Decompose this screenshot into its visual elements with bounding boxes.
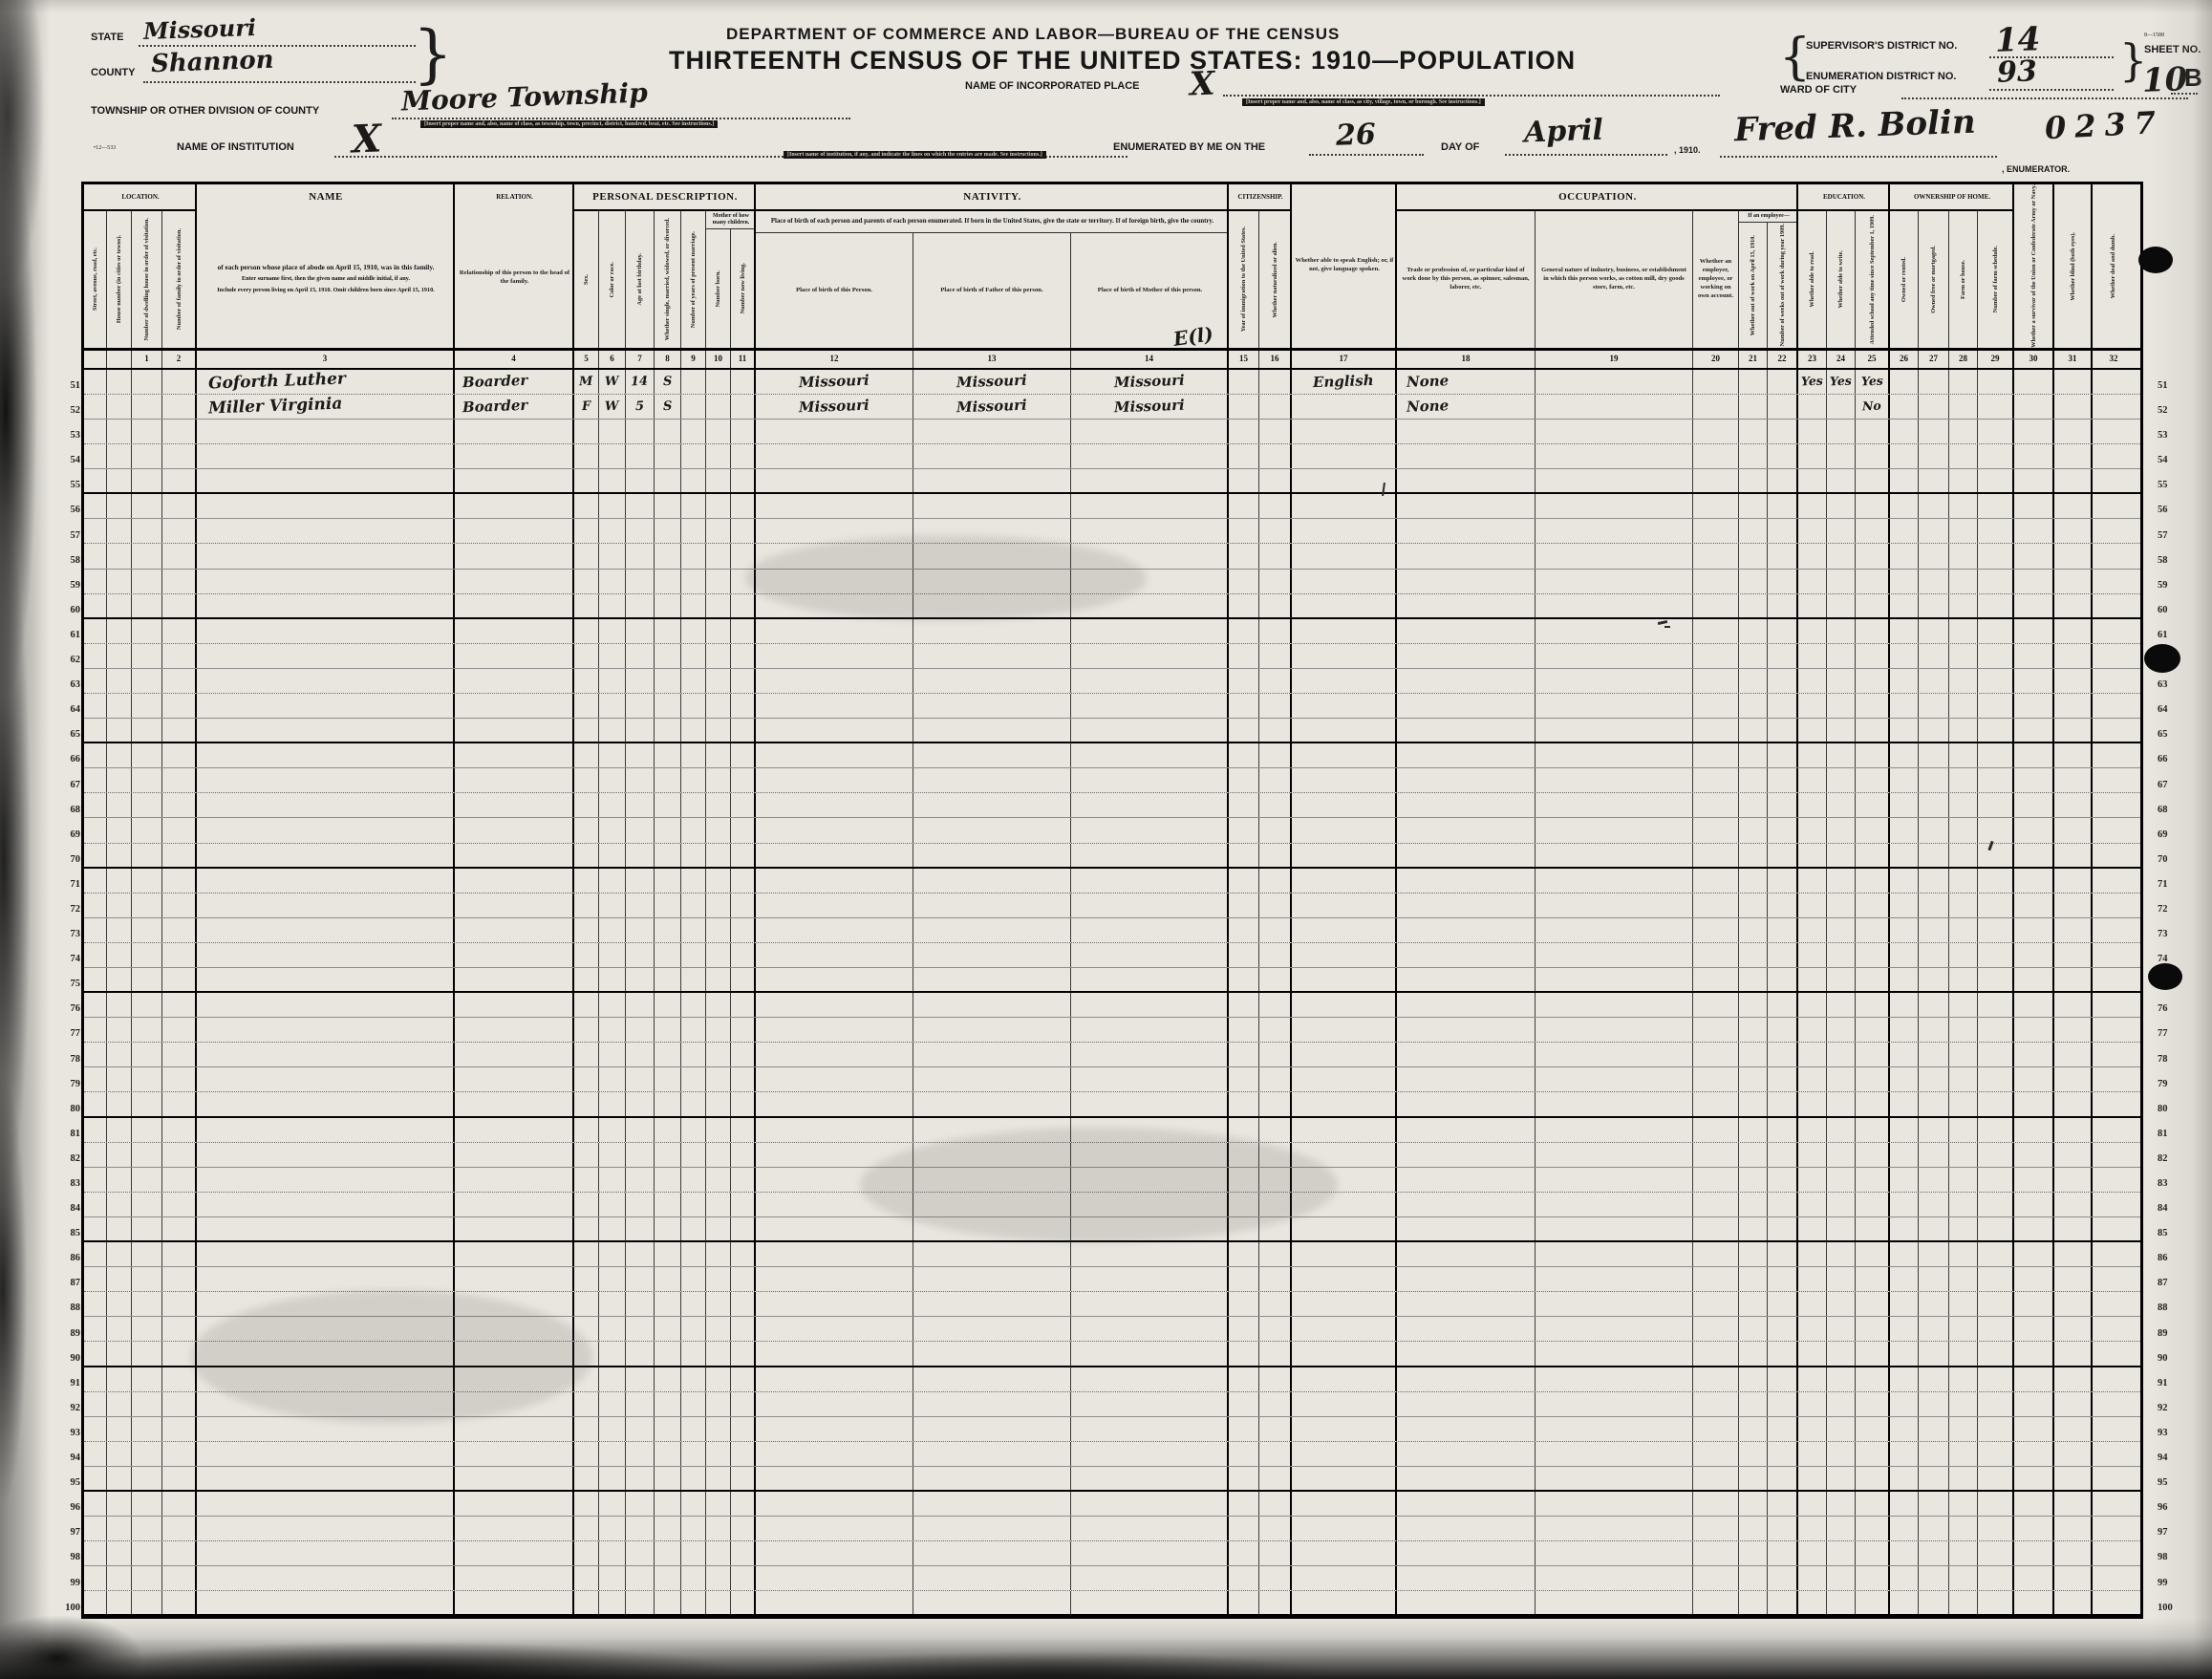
cell-deaf <box>2093 1317 2135 1341</box>
cell-english <box>1292 1492 1397 1516</box>
incorporated-x-mark: X <box>1190 65 1214 103</box>
cell-industry <box>1536 869 1693 893</box>
cell-name <box>197 444 455 468</box>
cell-relation <box>455 1442 574 1466</box>
cell-natur <box>1259 1417 1292 1441</box>
cell-employer <box>1693 793 1739 817</box>
column-subgroup: Mother of how many children.Number born.… <box>706 211 756 348</box>
cell-marital: S <box>655 395 681 419</box>
cell-bpm <box>1071 1367 1229 1391</box>
cell-owned <box>1890 1092 1919 1115</box>
cell-color <box>599 619 626 643</box>
cell-color <box>599 444 626 468</box>
state-label: STATE <box>91 32 123 43</box>
cell-name <box>197 1591 455 1614</box>
cell-marital <box>655 494 681 518</box>
cell-family <box>162 793 197 817</box>
column-label-schedule: Number of farm schedule. <box>1992 246 1999 312</box>
cell-blind <box>2054 494 2093 518</box>
cell-name <box>197 469 455 492</box>
row-number-left: 79 <box>46 1072 80 1097</box>
cell-vet <box>2014 1242 2054 1266</box>
row-number-left: 61 <box>46 623 80 648</box>
cell-immig <box>1229 893 1259 917</box>
column-number-age: 7 <box>626 351 655 368</box>
cell-mortgage <box>1919 1591 1949 1614</box>
cell-deaf <box>2093 793 2135 817</box>
cell-weeks <box>1768 669 1798 693</box>
cell-bpf <box>913 469 1071 492</box>
cell-yrsmar <box>681 1067 706 1091</box>
cell-weeks <box>1768 719 1798 742</box>
cell-schedule <box>1978 1417 2014 1441</box>
cell-trade <box>1397 768 1536 792</box>
cell-color <box>599 993 626 1017</box>
cell-dwelling <box>132 1566 162 1590</box>
column-label-industry: General nature of industry, business, or… <box>1536 265 1692 294</box>
row-number-right: 55 <box>2158 473 2192 498</box>
cell-vet <box>2014 570 2054 593</box>
cell-owned <box>1890 1417 1919 1441</box>
cell-outwork <box>1739 544 1768 568</box>
cell-industry <box>1536 1242 1693 1266</box>
cell-house <box>107 943 132 967</box>
cell-family <box>162 1442 197 1466</box>
cell-born <box>706 519 731 543</box>
cell-bp <box>756 869 913 893</box>
cell-employer <box>1693 1267 1739 1291</box>
cell-living <box>731 1591 756 1614</box>
cell-street <box>84 719 107 742</box>
cell-english <box>1292 1342 1397 1365</box>
cell-vet <box>2014 1467 2054 1490</box>
cell-weeks <box>1768 544 1798 568</box>
cell-family <box>162 370 197 394</box>
cell-school <box>1856 743 1890 767</box>
cell-schedule <box>1978 469 2014 492</box>
cell-industry <box>1536 619 1693 643</box>
cell-dwelling <box>132 1417 162 1441</box>
cell-family <box>162 844 197 867</box>
cell-mortgage <box>1919 1342 1949 1365</box>
cell-born <box>706 818 731 842</box>
cell-english <box>1292 444 1397 468</box>
column-header-yrsmar: Number of years of present marriage. <box>681 211 706 348</box>
cell-employer <box>1693 1143 1739 1167</box>
cell-owned <box>1890 1242 1919 1266</box>
cell-street <box>84 420 107 443</box>
cell-weeks <box>1768 1367 1798 1391</box>
cell-marital <box>655 1566 681 1590</box>
column-label-trade: Trade or profession of, or particular ki… <box>1397 265 1535 294</box>
cell-born <box>706 669 731 693</box>
cell-dwelling <box>132 1317 162 1341</box>
cell-write <box>1827 743 1856 767</box>
cell-employer <box>1693 694 1739 718</box>
cell-farmhouse <box>1949 1292 1978 1316</box>
cell-name <box>197 644 455 668</box>
cell-family <box>162 1417 197 1441</box>
cell-marital <box>655 1267 681 1291</box>
cell-schedule <box>1978 644 2014 668</box>
cell-mortgage <box>1919 993 1949 1017</box>
cell-trade <box>1397 1591 1536 1614</box>
cell-industry <box>1536 370 1693 394</box>
cell-mortgage <box>1919 544 1949 568</box>
cell-outwork <box>1739 370 1768 394</box>
cell-name <box>197 1267 455 1291</box>
row-number-right: 57 <box>2158 524 2192 549</box>
township-label: TOWNSHIP OR OTHER DIVISION OF COUNTY <box>91 105 319 117</box>
form-number-right: 8—1588 <box>2144 32 2164 38</box>
cell-living <box>731 1292 756 1316</box>
cell-vet <box>2014 1267 2054 1291</box>
cell-age <box>626 1168 655 1192</box>
cell-write <box>1827 1367 1856 1391</box>
column-header-owned: Owned or rented. <box>1890 211 1919 348</box>
cell-bpf <box>913 1043 1071 1066</box>
cell-yrsmar <box>681 869 706 893</box>
cell-outwork <box>1739 993 1768 1017</box>
cell-weeks <box>1768 1417 1798 1441</box>
cell-bpm <box>1071 619 1229 643</box>
cell-house <box>107 1242 132 1266</box>
cell-outwork <box>1739 968 1768 991</box>
cell-natur <box>1259 1591 1292 1614</box>
cell-english <box>1292 793 1397 817</box>
column-header-blind: Whether blind (both eyes). <box>2054 184 2093 348</box>
cell-vet <box>2014 519 2054 543</box>
column-group-body: Street, avenue, road, etc.House number (… <box>84 211 197 348</box>
cell-bpm <box>1071 644 1229 668</box>
cell-read <box>1798 1242 1827 1266</box>
cell-yrsmar <box>681 893 706 917</box>
cell-color <box>599 519 626 543</box>
cell-bpf <box>913 743 1071 767</box>
cell-house <box>107 793 132 817</box>
cell-deaf <box>2093 743 2135 767</box>
column-group-body: Whether blind (both eyes). <box>2054 184 2093 348</box>
column-number-write: 24 <box>1827 351 1856 368</box>
cell-blind <box>2054 869 2093 893</box>
cell-bpf <box>913 1492 1071 1516</box>
cell-relation <box>455 1566 574 1590</box>
cell-bpf <box>913 1392 1071 1416</box>
cell-employer <box>1693 918 1739 942</box>
cell-farmhouse <box>1949 469 1978 492</box>
cell-age <box>626 420 655 443</box>
cell-bp <box>756 943 913 967</box>
cell-born <box>706 494 731 518</box>
cell-blind <box>2054 395 2093 419</box>
row-number-right: 70 <box>2158 848 2192 872</box>
cell-age <box>626 1193 655 1216</box>
cell-living <box>731 1342 756 1365</box>
cell-english <box>1292 968 1397 991</box>
cell-deaf <box>2093 1267 2135 1291</box>
cell-write <box>1827 1168 1856 1192</box>
cell-born <box>706 1591 731 1614</box>
cell-street <box>84 1193 107 1216</box>
cell-industry <box>1536 768 1693 792</box>
cell-english <box>1292 1541 1397 1565</box>
cell-school <box>1856 719 1890 742</box>
column-group-body: Owned or rented.Owned free or mortgaged.… <box>1890 211 2014 348</box>
cell-bpm <box>1071 869 1229 893</box>
cell-name <box>197 544 455 568</box>
cell-bpm <box>1071 1292 1229 1316</box>
cell-bpf <box>913 1541 1071 1565</box>
township-note: [Insert proper name and, also, name of c… <box>420 120 718 128</box>
cell-employer <box>1693 1193 1739 1216</box>
cell-weeks <box>1768 395 1798 419</box>
cell-dwelling <box>132 370 162 394</box>
cell-farmhouse <box>1949 694 1978 718</box>
cell-read <box>1798 1417 1827 1441</box>
cell-schedule <box>1978 1317 2014 1341</box>
cell-street <box>84 943 107 967</box>
cell-bp <box>756 768 913 792</box>
cell-outwork <box>1739 793 1768 817</box>
cell-relation <box>455 1168 574 1192</box>
cell-blind <box>2054 1118 2093 1142</box>
cell-age <box>626 743 655 767</box>
cell-read <box>1798 1067 1827 1091</box>
cell-sex <box>574 893 599 917</box>
cell-farmhouse <box>1949 968 1978 991</box>
cell-deaf <box>2093 1367 2135 1391</box>
census-scan-page: STATE Missouri COUNTY Shannon } TOWNSHIP… <box>0 0 2212 1679</box>
cell-living <box>731 893 756 917</box>
cell-street <box>84 793 107 817</box>
row-number-right: 67 <box>2158 773 2192 798</box>
cell-marital <box>655 1417 681 1441</box>
cell-trade <box>1397 719 1536 742</box>
cell-street <box>84 1292 107 1316</box>
cell-english <box>1292 1317 1397 1341</box>
column-group-body: Whether deaf and dumb. <box>2093 184 2135 348</box>
cell-relation <box>455 1067 574 1091</box>
row-number-right: 92 <box>2158 1396 2192 1421</box>
cell-living <box>731 544 756 568</box>
cell-trade <box>1397 1317 1536 1341</box>
cell-natur <box>1259 1267 1292 1291</box>
column-number-sex: 5 <box>574 351 599 368</box>
cell-dwelling <box>132 395 162 419</box>
cell-age <box>626 1018 655 1042</box>
cell-employer <box>1693 1467 1739 1490</box>
row-number-right: 80 <box>2158 1097 2192 1122</box>
cell-farmhouse <box>1949 570 1978 593</box>
cell-bpm <box>1071 1018 1229 1042</box>
column-label-outwork: Whether out of work on April 15, 1910. <box>1750 235 1756 335</box>
cell-school: No <box>1856 395 1890 419</box>
cell-marital <box>655 1092 681 1115</box>
cell-living <box>731 1492 756 1516</box>
cell-english <box>1292 719 1397 742</box>
cell-relation <box>455 1143 574 1167</box>
cell-mortgage <box>1919 893 1949 917</box>
cell-living <box>731 1367 756 1391</box>
cell-age <box>626 1392 655 1416</box>
cell-employer <box>1693 1067 1739 1091</box>
cell-sex <box>574 1591 599 1614</box>
entry-bpm: Missouri <box>1113 398 1184 416</box>
ward-line <box>1901 97 2188 99</box>
cell-dwelling <box>132 1217 162 1240</box>
cell-read <box>1798 1118 1827 1142</box>
cell-born <box>706 1317 731 1341</box>
column-header-born: Number born. <box>706 229 731 347</box>
cell-outwork <box>1739 869 1768 893</box>
cell-farmhouse <box>1949 1442 1978 1466</box>
cell-farmhouse <box>1949 1392 1978 1416</box>
cell-dwelling <box>132 918 162 942</box>
cell-yrsmar <box>681 1168 706 1192</box>
cell-outwork <box>1739 1517 1768 1540</box>
cell-mortgage <box>1919 594 1949 617</box>
cell-color <box>599 1267 626 1291</box>
cell-schedule <box>1978 1242 2014 1266</box>
cell-born <box>706 469 731 492</box>
cell-age <box>626 1467 655 1490</box>
cell-owned <box>1890 1517 1919 1540</box>
cell-deaf <box>2093 1591 2135 1614</box>
cell-schedule <box>1978 1367 2014 1391</box>
cell-schedule <box>1978 494 2014 518</box>
row-number-right: 79 <box>2158 1072 2192 1097</box>
cell-marital <box>655 1541 681 1565</box>
row-number-left: 63 <box>46 673 80 698</box>
cell-farmhouse <box>1949 420 1978 443</box>
cell-color <box>599 1143 626 1167</box>
scan-smudge-2 <box>860 1128 1338 1242</box>
cell-age <box>626 694 655 718</box>
cell-school <box>1856 1267 1890 1291</box>
cell-english <box>1292 743 1397 767</box>
cell-mortgage <box>1919 1541 1949 1565</box>
cell-industry <box>1536 395 1693 419</box>
cell-age <box>626 818 655 842</box>
cell-living <box>731 1092 756 1115</box>
cell-owned <box>1890 1492 1919 1516</box>
cell-owned <box>1890 1143 1919 1167</box>
cell-farmhouse <box>1949 1168 1978 1192</box>
row-number-left: 92 <box>46 1396 80 1421</box>
cell-house <box>107 768 132 792</box>
cell-employer <box>1693 1417 1739 1441</box>
cell-vet <box>2014 1143 2054 1167</box>
cell-bp <box>756 993 913 1017</box>
cell-house <box>107 1566 132 1590</box>
cell-deaf <box>2093 594 2135 617</box>
column-header-mortgage: Owned free or mortgaged. <box>1919 211 1949 348</box>
table-row <box>84 793 2140 818</box>
cell-sex <box>574 1541 599 1565</box>
cell-color <box>599 1118 626 1142</box>
cell-trade <box>1397 420 1536 443</box>
cell-vet <box>2014 768 2054 792</box>
cell-industry <box>1536 1143 1693 1167</box>
cell-weeks <box>1768 1018 1798 1042</box>
entry-color: W <box>605 376 619 389</box>
cell-english <box>1292 993 1397 1017</box>
cell-schedule <box>1978 1591 2014 1614</box>
row-number-right: 93 <box>2158 1421 2192 1446</box>
row-number-right: 77 <box>2158 1022 2192 1046</box>
cell-family <box>162 1517 197 1540</box>
cell-blind <box>2054 1467 2093 1490</box>
cell-farmhouse <box>1949 1242 1978 1266</box>
cell-family <box>162 1367 197 1391</box>
cell-immig <box>1229 1392 1259 1416</box>
cell-industry <box>1536 1342 1693 1365</box>
cell-school: Yes <box>1856 370 1890 394</box>
row-number-right: 87 <box>2158 1271 2192 1296</box>
column-number-marital: 8 <box>655 351 681 368</box>
cell-industry <box>1536 1367 1693 1391</box>
cell-schedule <box>1978 1043 2014 1066</box>
entry-school: No <box>1862 400 1881 413</box>
cell-family <box>162 1492 197 1516</box>
cell-family <box>162 968 197 991</box>
cell-trade <box>1397 469 1536 492</box>
cell-bpm <box>1071 444 1229 468</box>
cell-dwelling <box>132 1193 162 1216</box>
cell-english <box>1292 1217 1397 1240</box>
cell-employer <box>1693 1043 1739 1066</box>
cell-living <box>731 768 756 792</box>
cell-outwork <box>1739 1018 1768 1042</box>
cell-natur <box>1259 1292 1292 1316</box>
cell-color <box>599 869 626 893</box>
cell-schedule <box>1978 1492 2014 1516</box>
table-row <box>84 494 2140 519</box>
cell-house <box>107 893 132 917</box>
cell-natur <box>1259 544 1292 568</box>
cell-yrsmar <box>681 420 706 443</box>
cell-trade <box>1397 1467 1536 1490</box>
cell-owned <box>1890 1043 1919 1066</box>
cell-bpf: Missouri <box>913 395 1071 419</box>
cell-immig <box>1229 494 1259 518</box>
cell-bp <box>756 968 913 991</box>
column-group-body: Whether able to speak English; or, if no… <box>1292 184 1397 348</box>
cell-farmhouse <box>1949 743 1978 767</box>
cell-living <box>731 1217 756 1240</box>
cell-school <box>1856 1317 1890 1341</box>
cell-school <box>1856 619 1890 643</box>
cell-outwork <box>1739 768 1768 792</box>
cell-immig <box>1229 420 1259 443</box>
cell-age <box>626 1566 655 1590</box>
cell-school <box>1856 818 1890 842</box>
cell-farmhouse <box>1949 370 1978 394</box>
cell-employer <box>1693 818 1739 842</box>
state-value: Missouri <box>143 15 256 43</box>
cell-deaf <box>2093 1292 2135 1316</box>
cell-living <box>731 1517 756 1540</box>
cell-english <box>1292 619 1397 643</box>
cell-owned <box>1890 1566 1919 1590</box>
row-number-right: 56 <box>2158 498 2192 523</box>
cell-color <box>599 570 626 593</box>
cell-bpm <box>1071 1541 1229 1565</box>
cell-read <box>1798 519 1827 543</box>
cell-owned <box>1890 1267 1919 1291</box>
cell-schedule <box>1978 1092 2014 1115</box>
cell-english <box>1292 469 1397 492</box>
